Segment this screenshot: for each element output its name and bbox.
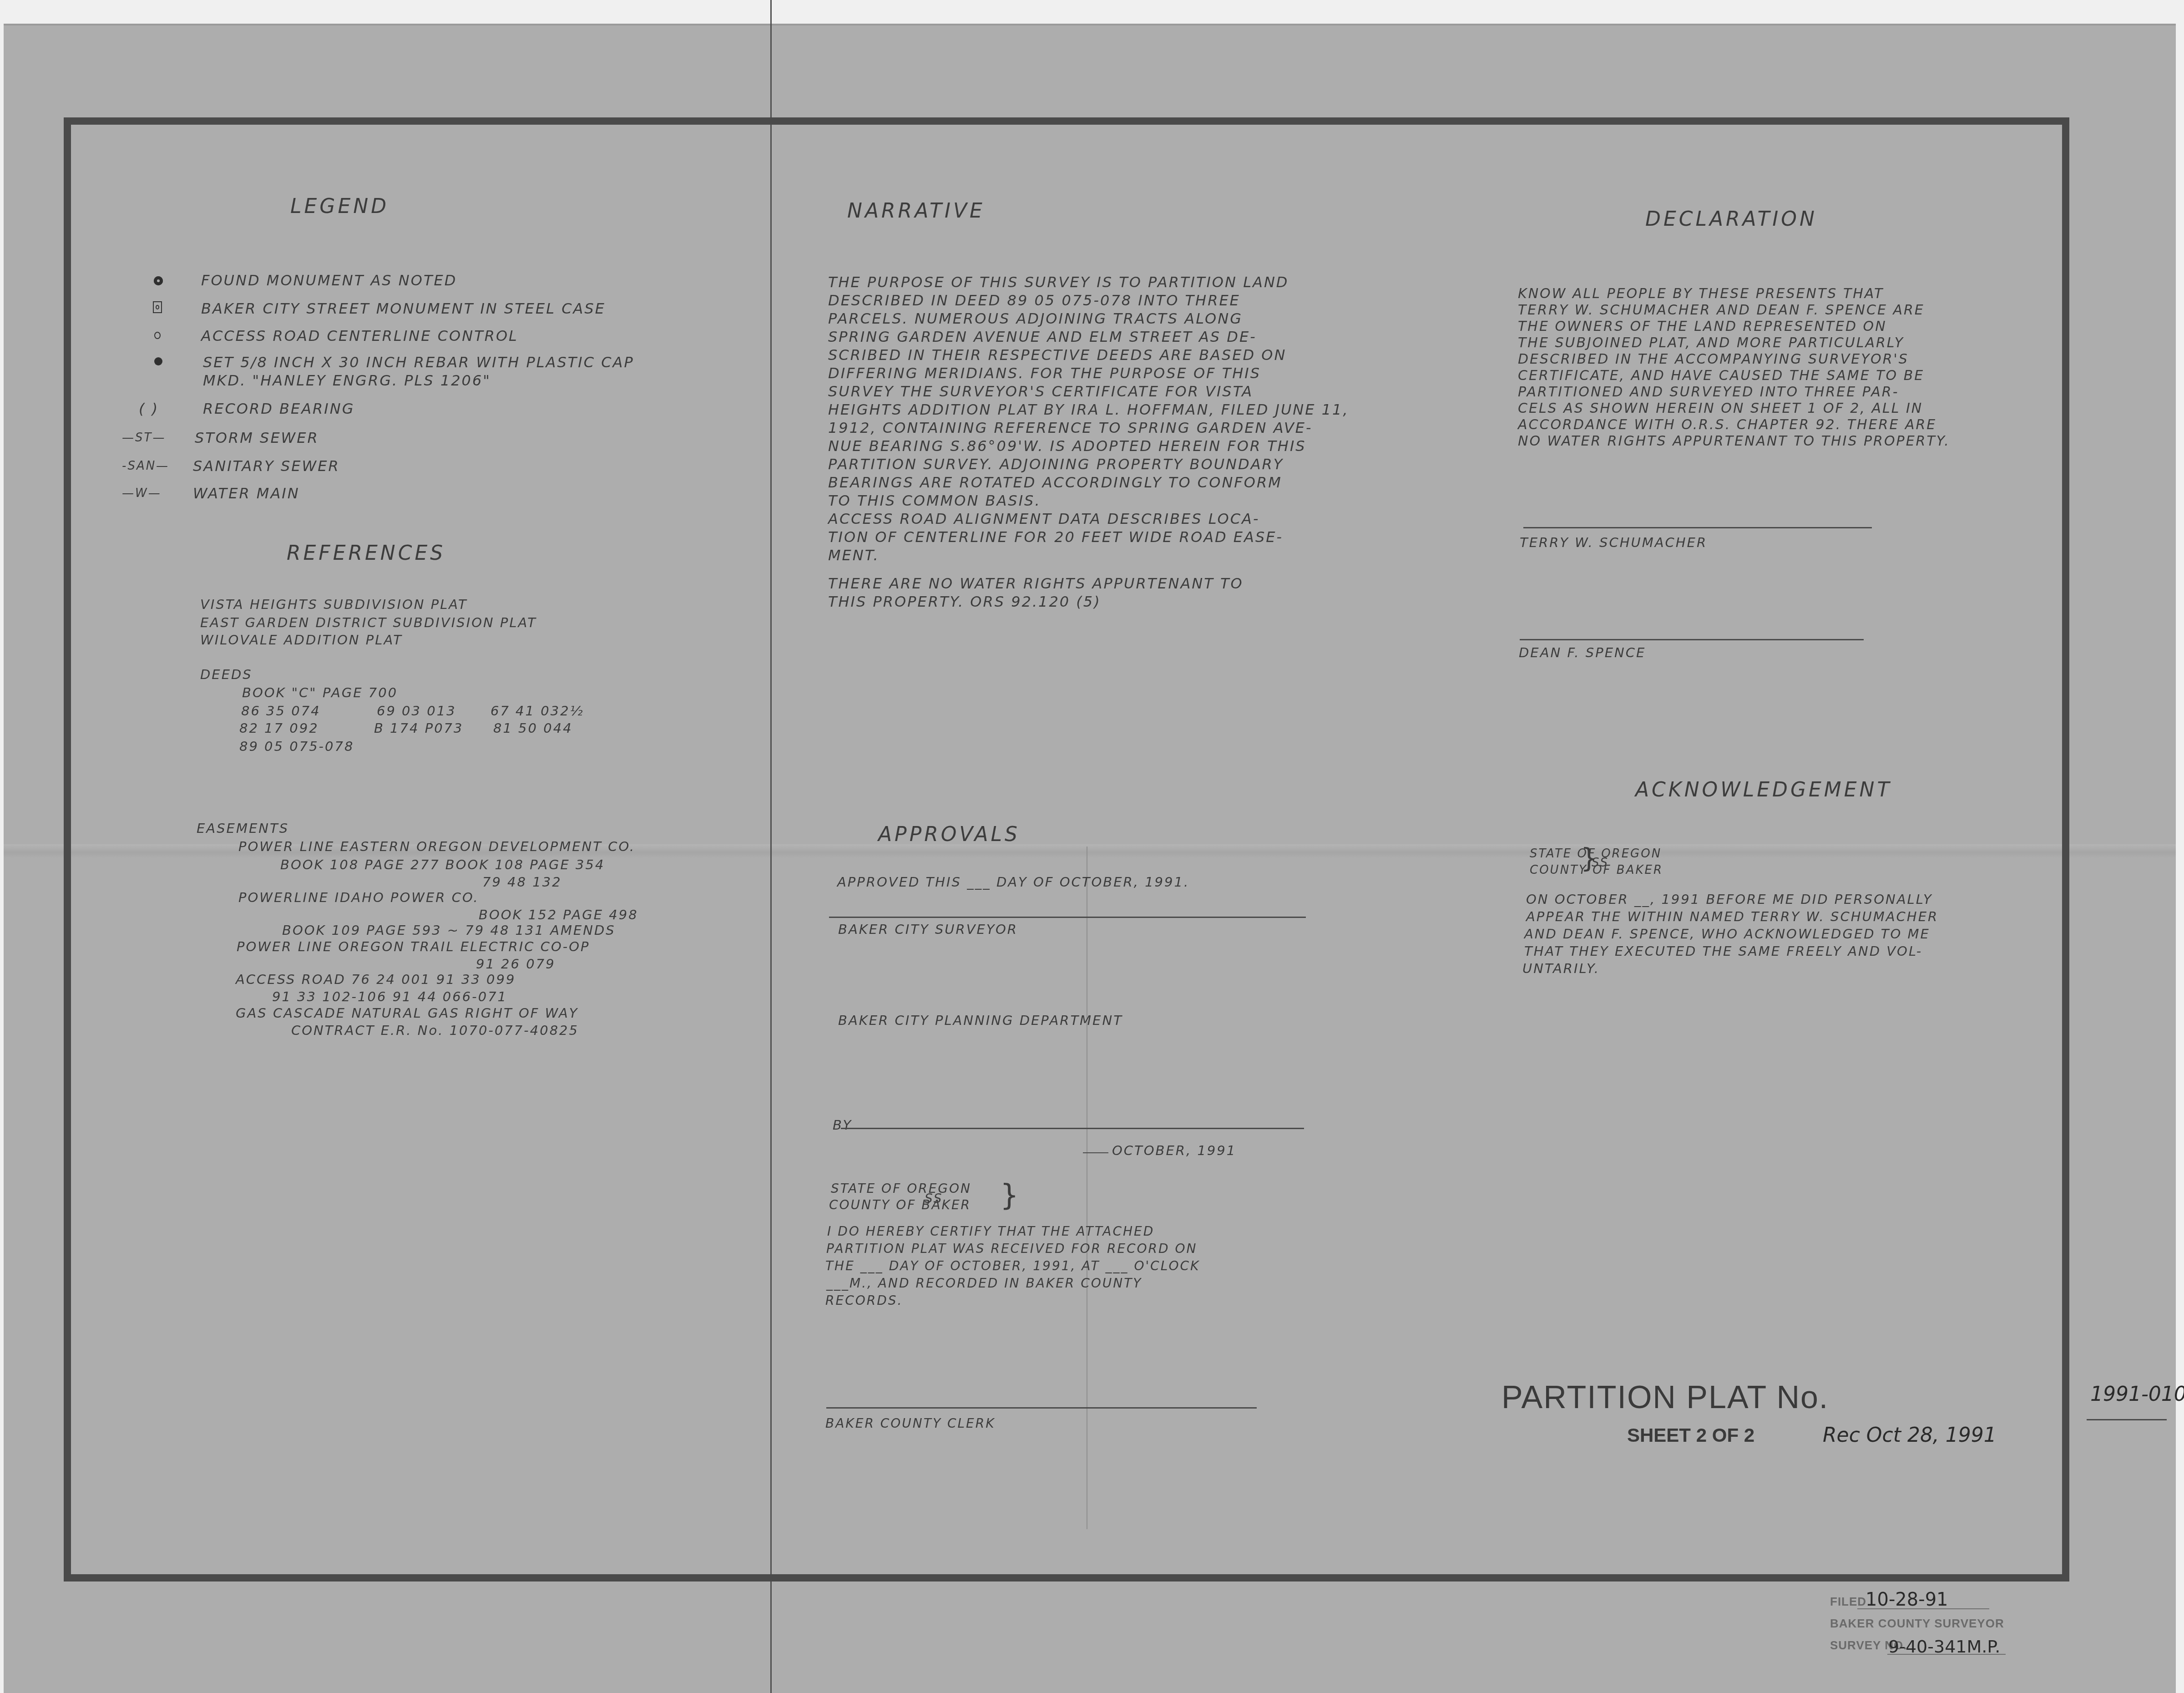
narrative-line: DESCRIBED IN DEED 89 05 075-078 INTO THR… xyxy=(828,291,1349,309)
narrative-line: SPRING GARDEN AVENUE AND ELM STREET AS D… xyxy=(828,328,1349,346)
easement-line: 91 33 102-106 91 44 066-071 xyxy=(272,988,507,1006)
easement-line: BOOK 108 PAGE 277 BOOK 108 PAGE 354 xyxy=(280,856,605,874)
record-bearing-symbol: ( ) xyxy=(139,400,159,418)
narrative-line: PARTITION SURVEY. ADJOINING PROPERTY BOU… xyxy=(828,455,1349,473)
declaration-line: KNOW ALL PEOPLE BY THESE PRESENTS THAT xyxy=(1518,286,1950,302)
signer-spence: DEAN F. SPENCE xyxy=(1519,644,1646,662)
filed-date: 10-28-91 xyxy=(1865,1589,1948,1610)
schumacher-signature-line[interactable] xyxy=(1523,527,1872,528)
clerk-county-label: COUNTY OF BAKER xyxy=(829,1196,971,1214)
declaration-line: DESCRIBED IN THE ACCOMPANYING SURVEYOR'S xyxy=(1518,351,1950,368)
easement-line: POWERLINE IDAHO POWER CO. xyxy=(238,888,479,907)
declaration-title: DECLARATION xyxy=(1645,208,1817,231)
narrative-line: TO THIS COMMON BASIS. xyxy=(828,492,1349,510)
filed-date-underline xyxy=(1857,1608,1989,1609)
partition-plat-label: PARTITION PLAT No. xyxy=(1501,1379,1829,1415)
legend-item-street-monument: BAKER CITY STREET MONUMENT IN STEEL CASE xyxy=(201,299,606,318)
approvals-title: APPROVALS xyxy=(878,823,1020,846)
clerk-state-label: STATE OF OREGON xyxy=(831,1180,971,1198)
narrative-line: TION OF CENTERLINE FOR 20 FEET WIDE ROAD… xyxy=(828,528,1349,546)
narrative-line: NUE BEARING S.86°09'W. IS ADOPTED HEREIN… xyxy=(828,437,1349,455)
easement-line: GAS CASCADE NATURAL GAS RIGHT OF WAY xyxy=(236,1004,578,1022)
legend-item-record-bearing: RECORD BEARING xyxy=(203,400,355,418)
legend-item-water-main: WATER MAIN xyxy=(193,484,300,502)
narrative-body: THE PURPOSE OF THIS SURVEY IS TO PARTITI… xyxy=(828,273,1349,611)
narrative-line: DIFFERING MERIDIANS. FOR THE PURPOSE OF … xyxy=(828,364,1349,382)
easement-line: ACCESS ROAD 76 24 001 91 33 099 xyxy=(236,970,516,988)
narrative-line: ACCESS ROAD ALIGNMENT DATA DESCRIBES LOC… xyxy=(828,510,1349,528)
planning-date-blank[interactable] xyxy=(1083,1152,1108,1153)
deed-entry: 69 03 013 xyxy=(377,702,456,720)
narrative-line: SCRIBED IN THEIR RESPECTIVE DEEDS ARE BA… xyxy=(828,346,1349,364)
legend-item-storm-sewer: STORM SEWER xyxy=(195,429,319,447)
legend-item-sanitary-sewer: SANITARY SEWER xyxy=(193,457,340,475)
easements-label: EASEMENTS xyxy=(197,819,289,837)
acknowledgement-title: ACKNOWLEDGEMENT xyxy=(1635,778,1892,801)
reference-plat: VISTA HEIGHTS SUBDIVISION PLAT xyxy=(200,595,468,613)
filed-label: FILED xyxy=(1830,1595,1866,1609)
water-rights-line: THERE ARE NO WATER RIGHTS APPURTENANT TO xyxy=(828,574,1349,593)
ack-line: AND DEAN F. SPENCE, WHO ACKNOWLEDGED TO … xyxy=(1524,925,1930,943)
deed-entry: 89 05 075-078 xyxy=(239,737,354,755)
clerk-certify-line: THE ___ DAY OF OCTOBER, 1991, AT ___ O'C… xyxy=(825,1257,1200,1275)
easement-line: POWER LINE EASTERN OREGON DEVELOPMENT CO… xyxy=(238,837,635,856)
signer-schumacher: TERRY W. SCHUMACHER xyxy=(1520,533,1707,552)
declaration-line: PARTITIONED AND SURVEYED INTO THREE PAR- xyxy=(1518,384,1950,400)
spence-signature-line[interactable] xyxy=(1520,639,1864,640)
baker-county-surveyor-label: BAKER COUNTY SURVEYOR xyxy=(1830,1617,2004,1631)
clerk-brace: } xyxy=(1000,1179,1020,1212)
city-surveyor-signature-line[interactable] xyxy=(829,917,1306,918)
reference-plat: WILOVALE ADDITION PLAT xyxy=(200,631,403,649)
ack-ss-label: SS xyxy=(1592,854,1609,872)
sheet-number: SHEET 2 OF 2 xyxy=(1627,1424,1754,1446)
deed-entry: BOOK "C" PAGE 700 xyxy=(242,684,398,702)
storm-sewer-symbol: —ST— xyxy=(122,429,166,447)
deed-entry: 81 50 044 xyxy=(493,719,573,737)
declaration-line: NO WATER RIGHTS APPURTENANT TO THIS PROP… xyxy=(1518,433,1950,450)
easement-line: POWER LINE OREGON TRAIL ELECTRIC CO-OP xyxy=(237,938,590,956)
easement-line: BOOK 109 PAGE 593 ~ 79 48 131 AMENDS xyxy=(282,921,616,939)
narrative-line: HEIGHTS ADDITION PLAT BY IRA L. HOFFMAN,… xyxy=(828,400,1349,419)
survey-number-underline xyxy=(1887,1654,2006,1655)
county-clerk-label: BAKER COUNTY CLERK xyxy=(825,1414,996,1433)
declaration-line: THE OWNERS OF THE LAND REPRESENTED ON xyxy=(1518,319,1950,335)
deed-entry: B 174 P073 xyxy=(374,719,464,737)
clerk-certify-line: RECORDS. xyxy=(825,1292,903,1310)
narrative-line: MENT. xyxy=(828,546,1349,564)
water-main-symbol: —W— xyxy=(122,484,162,502)
ack-line: APPEAR THE WITHIN NAMED TERRY W. SCHUMAC… xyxy=(1526,907,1938,926)
narrative-title: NARRATIVE xyxy=(847,199,985,223)
references-title: REFERENCES xyxy=(287,542,445,565)
narrative-line: PARCELS. NUMEROUS ADJOINING TRACTS ALONG xyxy=(828,309,1349,328)
easement-line: CONTRACT E.R. No. 1070-077-40825 xyxy=(291,1021,579,1039)
plat-number-underline xyxy=(2087,1419,2167,1420)
planning-department-label: BAKER CITY PLANNING DEPARTMENT xyxy=(838,1011,1123,1029)
clerk-certify-line: ___M., AND RECORDED IN BAKER COUNTY xyxy=(826,1274,1142,1293)
planning-date-label: OCTOBER, 1991 xyxy=(1112,1141,1236,1160)
legend-item-found-monument: FOUND MONUMENT AS NOTED xyxy=(201,271,457,289)
legend-title: LEGEND xyxy=(290,195,389,218)
deed-entry: 86 35 074 xyxy=(241,702,321,720)
approved-date-line: APPROVED THIS ___ DAY OF OCTOBER, 1991. xyxy=(837,873,1189,891)
ack-line: UNTARILY. xyxy=(1522,959,1600,978)
city-surveyor-label: BAKER CITY SURVEYOR xyxy=(838,920,1018,938)
clerk-certify-line: I DO HEREBY CERTIFY THAT THE ATTACHED xyxy=(827,1222,1154,1241)
ack-line: THAT THEY EXECUTED THE SAME FREELY AND V… xyxy=(1524,942,1922,960)
declaration-body: KNOW ALL PEOPLE BY THESE PRESENTS THAT T… xyxy=(1518,286,1950,450)
narrative-line: 1912, CONTAINING REFERENCE TO SPRING GAR… xyxy=(828,419,1349,437)
planning-signature-line[interactable] xyxy=(841,1128,1304,1129)
sanitary-sewer-symbol: -SAN— xyxy=(122,457,169,475)
set-rebar-icon xyxy=(154,357,162,365)
ack-line: ON OCTOBER __, 1991 BEFORE ME DID PERSON… xyxy=(1526,890,1933,908)
clerk-certify-line: PARTITION PLAT WAS RECEIVED FOR RECORD O… xyxy=(826,1240,1198,1258)
found-monument-icon xyxy=(154,276,163,285)
narrative-line: THE PURPOSE OF THIS SURVEY IS TO PARTITI… xyxy=(828,273,1349,291)
deed-entry: 82 17 092 xyxy=(239,719,319,737)
narrative-line: SURVEY THE SURVEYOR'S CERTIFICATE FOR VI… xyxy=(828,382,1349,400)
recorded-date: Rec Oct 28, 1991 xyxy=(1823,1424,1997,1447)
legend-item-set-rebar-cap: MKD. "HANLEY ENGRG. PLS 1206" xyxy=(203,371,491,390)
clerk-ss-label: SS xyxy=(925,1190,943,1208)
declaration-line: ACCORDANCE WITH O.R.S. CHAPTER 92. THERE… xyxy=(1518,417,1950,433)
declaration-line: CERTIFICATE, AND HAVE CAUSED THE SAME TO… xyxy=(1518,368,1950,384)
legend-item-centerline-control: ACCESS ROAD CENTERLINE CONTROL xyxy=(201,327,518,345)
easement-line: 79 48 132 xyxy=(482,873,562,891)
deeds-label: DEEDS xyxy=(200,665,253,684)
water-rights-line: THIS PROPERTY. ORS 92.120 (5) xyxy=(828,593,1349,611)
legend-item-set-rebar: SET 5/8 INCH X 30 INCH REBAR WITH PLASTI… xyxy=(203,353,634,371)
declaration-line: TERRY W. SCHUMACHER AND DEAN F. SPENCE A… xyxy=(1518,302,1950,319)
street-monument-icon xyxy=(153,301,162,313)
declaration-line: CELS AS SHOWN HEREIN ON SHEET 1 OF 2, AL… xyxy=(1518,400,1950,417)
by-label: BY xyxy=(833,1116,852,1134)
declaration-line: THE SUBJOINED PLAT, AND MORE PARTICULARL… xyxy=(1518,335,1950,351)
narrative-line: BEARINGS ARE ROTATED ACCORDINGLY TO CONF… xyxy=(828,473,1349,492)
reference-plat: EAST GARDEN DISTRICT SUBDIVISION PLAT xyxy=(200,613,537,632)
county-clerk-signature-line[interactable] xyxy=(826,1407,1257,1409)
centerline-control-icon xyxy=(154,332,161,339)
deed-entry: 67 41 032½ xyxy=(490,702,584,720)
partition-plat-number: 1991-010 xyxy=(2090,1383,2184,1406)
